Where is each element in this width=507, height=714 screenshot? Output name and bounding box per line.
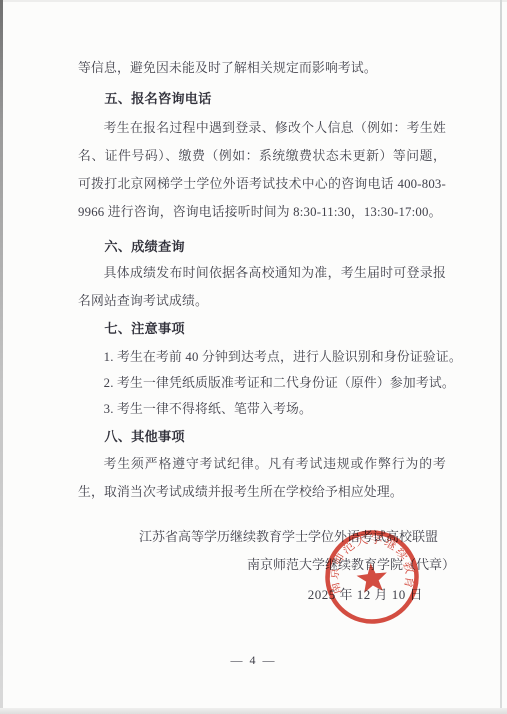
page-footer: — 4 — (0, 651, 507, 669)
paragraph-phone-info: 考生在报名过程中遇到登录、修改个人信息（例如：考生姓名、证件号码）、缴费（例如：… (78, 114, 446, 226)
section-heading-5-phone: 五、报名咨询电话 (78, 85, 446, 113)
section-heading-8-other: 八、其他事项 (78, 423, 446, 451)
scan-edge-left (0, 0, 3, 714)
section-heading-7-notes: 七、注意事项 (78, 315, 446, 343)
note-item-2: 2. 考生一律凭纸质版准考证和二代身份证（原件）参加考试。 (78, 369, 446, 397)
paragraph-continuation: 等信息，避免因未能及时了解相关规定而影响考试。 (78, 54, 446, 82)
scanned-document-page: 等信息，避免因未能及时了解相关规定而影响考试。 五、报名咨询电话 考生在报名过程… (0, 0, 507, 714)
seal-star-icon (355, 561, 388, 593)
page-number: — 4 — (231, 653, 277, 667)
scan-edge-right (500, 0, 502, 714)
paragraph-score-query: 具体成绩发布时间依据各高校通知为准，考生届时可登录报名网站查询考试成绩。 (78, 259, 446, 315)
note-item-1: 1. 考生在考前 40 分钟到达考点，进行人脸识别和身份证验证。 (78, 343, 446, 371)
note-item-3: 3. 考生一律不得将纸、笔带入考场。 (78, 395, 446, 423)
seal-svg: 南京师范大学继续教育学院 (315, 520, 429, 634)
section-heading-6-scores: 六、成绩查询 (78, 233, 446, 261)
official-seal: 南京师范大学继续教育学院 (315, 520, 429, 634)
paragraph-discipline: 考生须严格遵守考试纪律。凡有考试违规或作弊行为的考生，取消当次考试成绩并报考生所… (78, 450, 446, 506)
